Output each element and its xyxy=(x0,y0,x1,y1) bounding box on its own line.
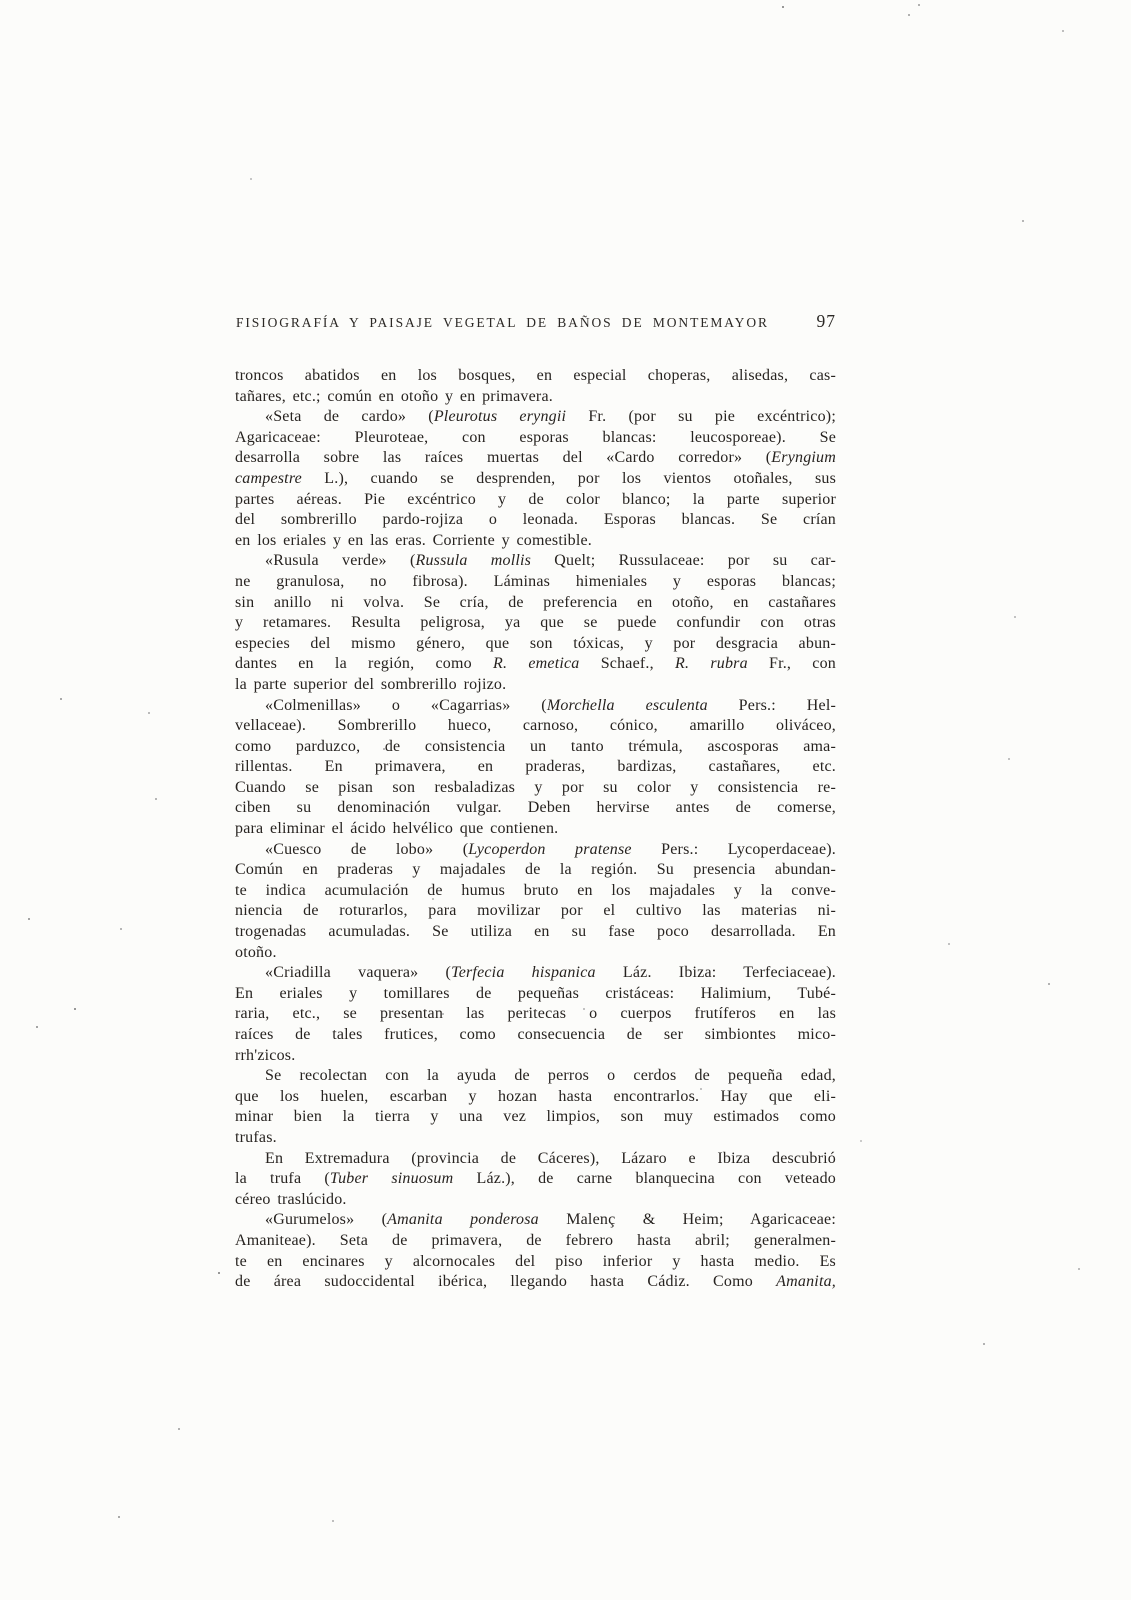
text-line: rillentas. En primavera, en praderas, ba… xyxy=(235,757,836,778)
paragraph: «Criadilla vaquera» (Terfecia hispanica … xyxy=(235,963,836,1066)
text-segment: Cuando se pisan son resbaladizas y por s… xyxy=(235,779,836,796)
text-line: Cuando se pisan son resbaladizas y por s… xyxy=(235,778,836,799)
text-line: troncos abatidos en los bosques, en espe… xyxy=(235,366,836,387)
text-line: como parduzco, de consistencia un tanto … xyxy=(235,737,836,758)
text-segment: Láz.), de carne blanquecina con veteado xyxy=(453,1170,836,1187)
text-segment: de área sudoccidental ibérica, llegando … xyxy=(235,1273,776,1290)
text-segment: sin anillo ni volva. Se cría, de prefere… xyxy=(235,594,836,611)
text-line: ciben su denominación vulgar. Deben herv… xyxy=(235,798,836,819)
text-line: para eliminar el ácido helvélico que con… xyxy=(235,819,836,840)
text-segment: ne granulosa, no fibrosa). Láminas himen… xyxy=(235,573,836,590)
text-segment: raria, etc., se presentan las peritecas … xyxy=(235,1005,836,1022)
text-segment: como parduzco, de consistencia un tanto … xyxy=(235,738,836,755)
text-segment: Se recolectan con la ayuda de perros o c… xyxy=(265,1067,836,1084)
text-line: niencia de roturarlos, para movilizar po… xyxy=(235,901,836,922)
species-name-italic: R. rubra xyxy=(675,655,748,672)
paragraph: Se recolectan con la ayuda de perros o c… xyxy=(235,1066,836,1148)
text-line: «Cuesco de lobo» (Lycoperdon pratense Pe… xyxy=(235,840,836,861)
species-name-italic: Amanita ponderosa xyxy=(387,1211,539,1228)
text-segment: minar bien la tierra y una vez limpios, … xyxy=(235,1108,836,1125)
text-segment: trufas. xyxy=(235,1129,277,1146)
text-line: raria, etc., se presentan las peritecas … xyxy=(235,1004,836,1025)
text-line: «Criadilla vaquera» (Terfecia hispanica … xyxy=(235,963,836,984)
text-line: tañares, etc.; común en otoño y en prima… xyxy=(235,387,836,408)
text-line: que los huelen, escarban y hozan hasta e… xyxy=(235,1087,836,1108)
text-segment: Agaricaceae: Pleuroteae, con esporas bla… xyxy=(235,429,836,446)
text-segment: En eriales y tomillares de pequeñas cris… xyxy=(235,985,836,1002)
text-line: vellaceae). Sombrerillo hueco, carnoso, … xyxy=(235,716,836,737)
text-segment: dantes en la región, como xyxy=(235,655,493,672)
text-line: te indica acumulación de humus bruto en … xyxy=(235,881,836,902)
text-line: céreo traslúcido. xyxy=(235,1190,836,1211)
text-segment: especies del mismo género, que son tóxic… xyxy=(235,635,836,652)
text-line: «Rusula verde» (Russula mollis Quelt; Ru… xyxy=(235,551,836,572)
species-name-italic: R. emetica xyxy=(493,655,580,672)
text-line: Se recolectan con la ayuda de perros o c… xyxy=(235,1066,836,1087)
page-header: FISIOGRAFÍA Y PAISAJE VEGETAL DE BAÑOS D… xyxy=(236,311,836,332)
text-line: campestre L.), cuando se desprenden, por… xyxy=(235,469,836,490)
text-segment: rrh'zicos. xyxy=(235,1047,295,1064)
text-line: trogenadas acumuladas. Se utiliza en su … xyxy=(235,922,836,943)
text-segment: otoño. xyxy=(235,944,277,961)
text-line: Común en praderas y majadales de la regi… xyxy=(235,860,836,881)
text-line: otoño. xyxy=(235,943,836,964)
running-title: FISIOGRAFÍA Y PAISAJE VEGETAL DE BAÑOS D… xyxy=(236,315,769,331)
text-line: de área sudoccidental ibérica, llegando … xyxy=(235,1272,836,1293)
text-segment: la parte superior del sombrerillo rojizo… xyxy=(235,676,506,693)
text-line: Amaniteae). Seta de primavera, de febrer… xyxy=(235,1231,836,1252)
text-segment: que los huelen, escarban y hozan hasta e… xyxy=(235,1088,836,1105)
text-line: en los eriales y en las eras. Corriente … xyxy=(235,531,836,552)
text-line: rrh'zicos. xyxy=(235,1046,836,1067)
text-line: sin anillo ni volva. Se cría, de prefere… xyxy=(235,593,836,614)
text-segment: la trufa ( xyxy=(235,1170,330,1187)
text-segment: Amaniteae). Seta de primavera, de febrer… xyxy=(235,1232,836,1249)
text-segment: En Extremadura (provincia de Cáceres), L… xyxy=(265,1150,836,1167)
text-segment: «Rusula verde» ( xyxy=(265,552,415,569)
text-segment: del sombrerillo pardo-rojiza o leonada. … xyxy=(235,511,836,528)
text-line: te en encinares y alcornocales del piso … xyxy=(235,1252,836,1273)
species-name-italic: Terfecia hispanica xyxy=(451,964,596,981)
text-segment: Fr., con xyxy=(748,655,836,672)
text-segment: Láz. Ibiza: Terfeciaceae). xyxy=(596,964,836,981)
text-segment: «Seta de cardo» ( xyxy=(265,408,434,425)
paragraph: «Colmenillas» o «Cagarrias» (Morchella e… xyxy=(235,696,836,840)
text-segment: partes aéreas. Pie excéntrico y de color… xyxy=(235,491,836,508)
species-name-italic: Amanita, xyxy=(776,1273,836,1290)
text-segment: «Cuesco de lobo» ( xyxy=(265,841,468,858)
text-line: minar bien la tierra y una vez limpios, … xyxy=(235,1107,836,1128)
text-line: dantes en la región, como R. emetica Sch… xyxy=(235,654,836,675)
text-line: En eriales y tomillares de pequeñas cris… xyxy=(235,984,836,1005)
paragraph: «Cuesco de lobo» (Lycoperdon pratense Pe… xyxy=(235,840,836,964)
text-segment: Pers.: Hel- xyxy=(708,697,836,714)
species-name-italic: Russula mollis xyxy=(415,552,531,569)
text-line: la trufa (Tuber sinuosum Láz.), de carne… xyxy=(235,1169,836,1190)
text-line: «Gurumelos» (Amanita ponderosa Malenç & … xyxy=(235,1210,836,1231)
text-segment: L.), cuando se desprenden, por los vient… xyxy=(302,470,836,487)
page-number: 97 xyxy=(817,311,837,332)
text-line: Agaricaceae: Pleuroteae, con esporas bla… xyxy=(235,428,836,449)
paragraph: En Extremadura (provincia de Cáceres), L… xyxy=(235,1149,836,1211)
species-name-italic: Morchella esculenta xyxy=(547,697,708,714)
text-segment: troncos abatidos en los bosques, en espe… xyxy=(235,367,836,384)
paragraph: troncos abatidos en los bosques, en espe… xyxy=(235,366,836,407)
text-segment: «Colmenillas» o «Cagarrias» ( xyxy=(265,697,547,714)
text-line: del sombrerillo pardo-rojiza o leonada. … xyxy=(235,510,836,531)
text-segment: trogenadas acumuladas. Se utiliza en su … xyxy=(235,923,836,940)
text-segment: Schaef., xyxy=(580,655,675,672)
text-line: raíces de tales frutices, como consecuen… xyxy=(235,1025,836,1046)
text-line: y retamares. Resulta peligrosa, ya que s… xyxy=(235,613,836,634)
text-segment: vellaceae). Sombrerillo hueco, carnoso, … xyxy=(235,717,836,734)
page-body: troncos abatidos en los bosques, en espe… xyxy=(235,366,836,1293)
text-segment: rillentas. En primavera, en praderas, ba… xyxy=(235,758,836,775)
species-name-italic: Lycoperdon pratense xyxy=(468,841,631,858)
paragraph: «Rusula verde» (Russula mollis Quelt; Ru… xyxy=(235,551,836,695)
text-segment: te indica acumulación de humus bruto en … xyxy=(235,882,836,899)
text-line: partes aéreas. Pie excéntrico y de color… xyxy=(235,490,836,511)
text-segment: Quelt; Russulaceae: por su car- xyxy=(531,552,836,569)
document-page: FISIOGRAFÍA Y PAISAJE VEGETAL DE BAÑOS D… xyxy=(0,0,1131,1600)
text-segment: te en encinares y alcornocales del piso … xyxy=(235,1253,836,1270)
text-line: ne granulosa, no fibrosa). Láminas himen… xyxy=(235,572,836,593)
text-line: En Extremadura (provincia de Cáceres), L… xyxy=(235,1149,836,1170)
species-name-italic: Tuber sinuosum xyxy=(330,1170,454,1187)
text-line: desarrolla sobre las raíces muertas del … xyxy=(235,448,836,469)
text-segment: «Gurumelos» ( xyxy=(265,1211,387,1228)
text-segment: niencia de roturarlos, para movilizar po… xyxy=(235,902,836,919)
paragraph: «Gurumelos» (Amanita ponderosa Malenç & … xyxy=(235,1210,836,1292)
text-segment: «Criadilla vaquera» ( xyxy=(265,964,451,981)
text-segment: raíces de tales frutices, como consecuen… xyxy=(235,1026,836,1043)
scan-noise xyxy=(0,0,2,2)
text-segment: ciben su denominación vulgar. Deben herv… xyxy=(235,799,836,816)
text-line: la parte superior del sombrerillo rojizo… xyxy=(235,675,836,696)
text-segment: tañares, etc.; común en otoño y en prima… xyxy=(235,388,553,405)
text-segment: Pers.: Lycoperdaceae). xyxy=(632,841,836,858)
text-segment: Común en praderas y majadales de la regi… xyxy=(235,861,836,878)
text-segment: para eliminar el ácido helvélico que con… xyxy=(235,820,558,837)
text-segment: y retamares. Resulta peligrosa, ya que s… xyxy=(235,614,836,631)
text-segment: Malenç & Heim; Agaricaceae: xyxy=(539,1211,836,1228)
text-segment: desarrolla sobre las raíces muertas del … xyxy=(235,449,771,466)
species-name-italic: Eryngium xyxy=(771,449,836,466)
text-line: especies del mismo género, que son tóxic… xyxy=(235,634,836,655)
species-name-italic: campestre xyxy=(235,470,302,487)
text-segment: en los eriales y en las eras. Corriente … xyxy=(235,532,592,549)
text-segment: céreo traslúcido. xyxy=(235,1191,347,1208)
paragraph: «Seta de cardo» (Pleurotus eryngii Fr. (… xyxy=(235,407,836,551)
species-name-italic: Pleurotus eryngii xyxy=(434,408,566,425)
text-line: trufas. xyxy=(235,1128,836,1149)
text-line: «Seta de cardo» (Pleurotus eryngii Fr. (… xyxy=(235,407,836,428)
text-line: «Colmenillas» o «Cagarrias» (Morchella e… xyxy=(235,696,836,717)
text-segment: Fr. (por su pie excéntrico); xyxy=(566,408,836,425)
